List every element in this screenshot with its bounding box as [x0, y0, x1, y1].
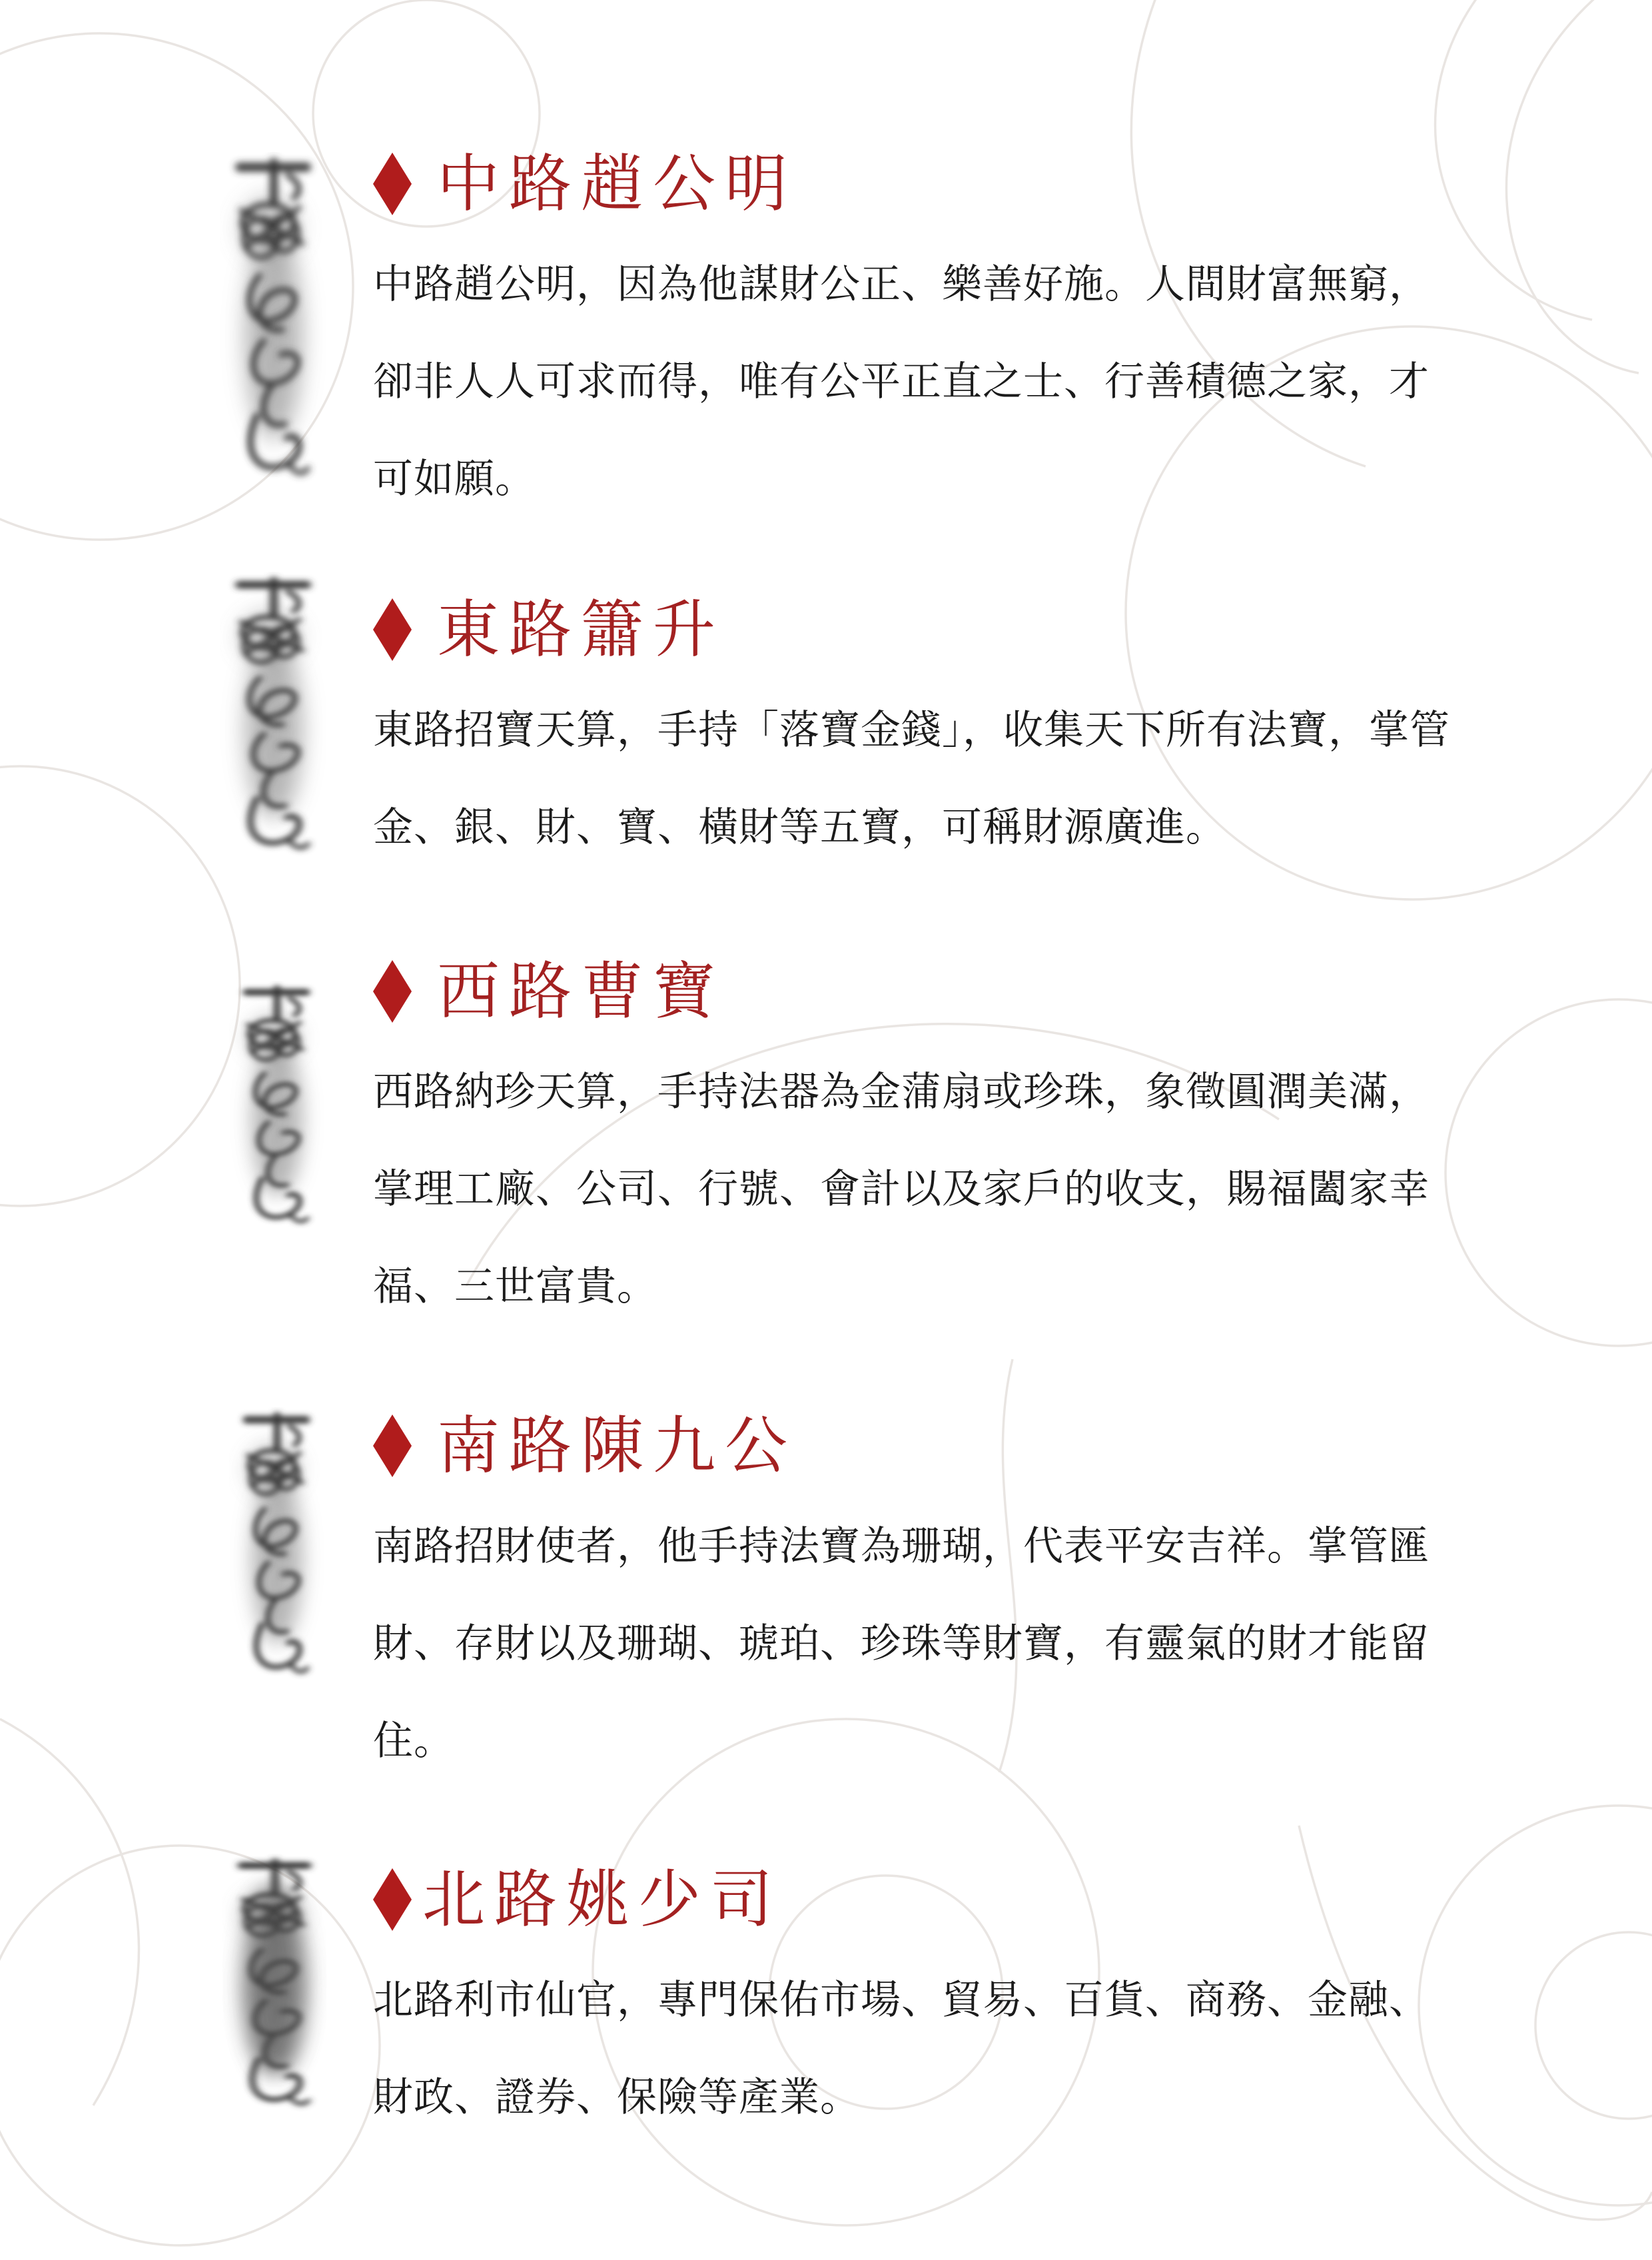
text-line: 東路招寶天算，手持「落寶金錢」，收集天下所有法寶，掌管 — [373, 682, 1492, 779]
diamond-bullet-icon — [373, 153, 412, 215]
text-line: 西路納珍天算，手持法器為金蒲扇或珍珠，象徵圓潤美滿， — [373, 1043, 1492, 1141]
section-yao-shao-si: 北路姚少司 北路利市仙官，專門保佑市場、貿易、百貨、商務、金融、 財政、證券、保… — [373, 1866, 1492, 2146]
section-title: 西路曹寶 — [437, 958, 725, 1025]
ink-talisman-1 — [220, 152, 326, 485]
text-line: 南路招財使者，他手持法寶為珊瑚，代表平安吉祥。掌管匯 — [373, 1498, 1492, 1595]
section-title: 東路簫升 — [437, 596, 725, 663]
section-title: 南路陳九公 — [437, 1412, 797, 1479]
diamond-bullet-icon — [373, 1414, 412, 1477]
section-body: 北路利市仙官，專門保佑市場、貿易、百貨、商務、金融、 財政、證券、保險等產業。 — [373, 1952, 1492, 2146]
ink-talisman-4 — [229, 1407, 324, 1682]
section-heading: 西路曹寶 — [373, 958, 1492, 1025]
section-body: 南路招財使者，他手持法寶為珊瑚，代表平安吉祥。掌管匯 財、存財以及珊瑚、琥珀、珍… — [373, 1498, 1492, 1790]
section-heading: 南路陳九公 — [373, 1412, 1492, 1479]
section-heading: 東路簫升 — [373, 596, 1492, 663]
page: 中路趙公明 中路趙公明，因為他謀財公正、樂善好施。人間財富無窮， 卻非人人可求而… — [0, 0, 1652, 2260]
text-line: 中路趙公明，因為他謀財公正、樂善好施。人間財富無窮， — [373, 236, 1492, 333]
ink-talisman-2 — [220, 572, 326, 858]
diamond-bullet-icon — [373, 960, 412, 1023]
section-zhao-gong-ming: 中路趙公明 中路趙公明，因為他謀財公正、樂善好施。人間財富無窮， 卻非人人可求而… — [373, 151, 1492, 528]
section-title: 北路姚少司 — [422, 1866, 782, 1933]
ink-talisman-5 — [222, 1854, 326, 2113]
text-line: 可如願。 — [373, 430, 1492, 528]
text-line: 住。 — [373, 1692, 1492, 1790]
section-cao-bao: 西路曹寶 西路納珍天算，手持法器為金蒲扇或珍珠，象徵圓潤美滿， 掌理工廠、公司、… — [373, 958, 1492, 1335]
text-line: 掌理工廠、公司、行號、會計以及家戶的收支，賜福闔家幸 — [373, 1141, 1492, 1238]
section-body: 中路趙公明，因為他謀財公正、樂善好施。人間財富無窮， 卻非人人可求而得，唯有公平… — [373, 236, 1492, 528]
section-body: 西路納珍天算，手持法器為金蒲扇或珍珠，象徵圓潤美滿， 掌理工廠、公司、行號、會計… — [373, 1043, 1492, 1335]
section-xiao-sheng: 東路簫升 東路招寶天算，手持「落寶金錢」，收集天下所有法寶，掌管 金、銀、財、寶… — [373, 596, 1492, 876]
diamond-bullet-icon — [373, 598, 412, 661]
section-body: 東路招寶天算，手持「落寶金錢」，收集天下所有法寶，掌管 金、銀、財、寶、橫財等五… — [373, 682, 1492, 876]
text-line: 北路利市仙官，專門保佑市場、貿易、百貨、商務、金融、 — [373, 1952, 1492, 2049]
text-line: 金、銀、財、寶、橫財等五寶，可稱財源廣進。 — [373, 779, 1492, 876]
diamond-bullet-icon — [373, 1868, 412, 1931]
section-chen-jiu-gong: 南路陳九公 南路招財使者，他手持法寶為珊瑚，代表平安吉祥。掌管匯 財、存財以及珊… — [373, 1412, 1492, 1790]
text-line: 卻非人人可求而得，唯有公平正直之士、行善積德之家，才 — [373, 333, 1492, 430]
text-line: 財、存財以及珊瑚、琥珀、珍珠等財寶，有靈氣的財才能留 — [373, 1595, 1492, 1692]
section-heading: 北路姚少司 — [373, 1866, 1492, 1933]
ink-talisman-3 — [229, 981, 324, 1231]
text-line: 財政、證券、保險等產業。 — [373, 2049, 1492, 2146]
section-title: 中路趙公明 — [437, 151, 797, 217]
text-line: 福、三世富貴。 — [373, 1238, 1492, 1335]
section-heading: 中路趙公明 — [373, 151, 1492, 217]
